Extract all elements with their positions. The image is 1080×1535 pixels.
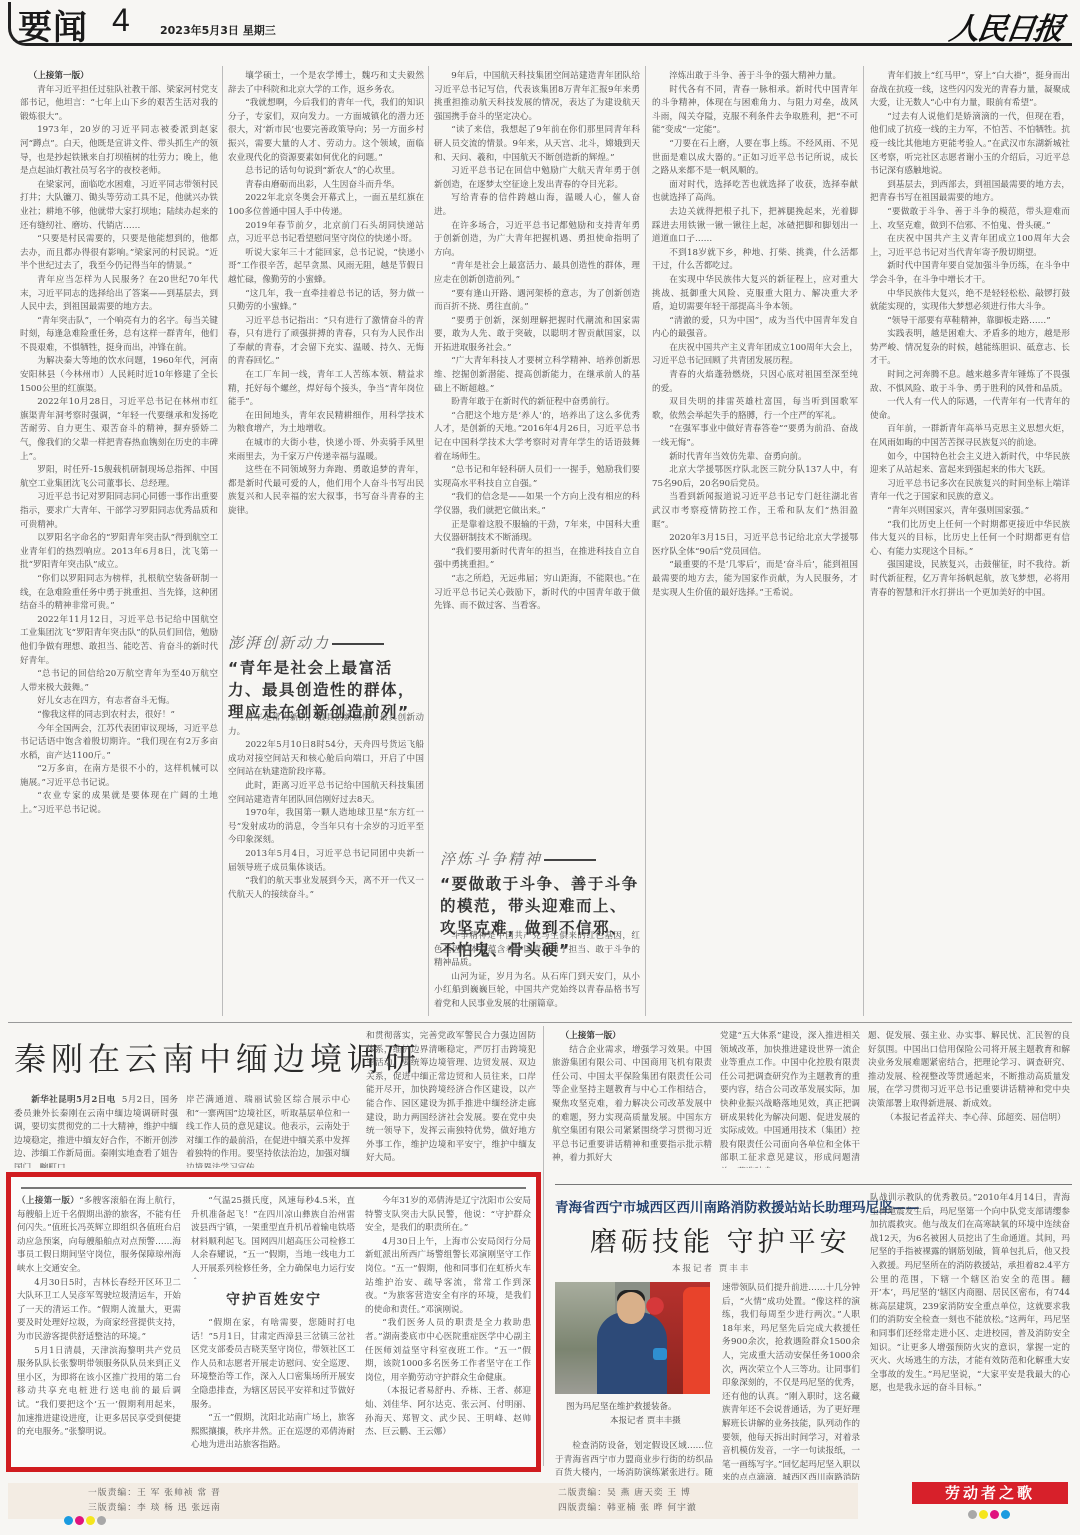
paragraph: “要勇于创新，深刻理解把握时代潮流和国家需要，敢为人先、敢于突破，以聪明才智贡献… [434, 315, 640, 356]
main-story-column-4: 淬炼出敢于斗争、善于斗争的强大精神力量。时代各有不同，青春一脉相承。新时代中国青… [652, 70, 858, 1015]
paragraph: 北京大学援鄂医疗队北医三院分队137人中，有75名90后，20名90后党员。 [652, 464, 858, 491]
registration-dot [1001, 1510, 1010, 1519]
paragraph: 青春由磨砺而出彩，人生因奋斗而升华。 [228, 179, 424, 193]
paragraph: “总书记的回信给20万航空青年为至40万航空人带来极大鼓舞。” [20, 668, 218, 695]
paragraph: 盼青年敢于在新时代的新征程中奋勇前行。 [434, 396, 640, 410]
registration-marks-left [64, 1516, 106, 1525]
paragraph: 2020年3月15日，习近平总书记给北京大学援鄂医疗队全体“90后”党员回信。 [652, 532, 858, 559]
page-number: 4 [112, 2, 130, 39]
paragraph: “2万多亩，在南方是很不小的，这样机械可以施展。”习近平总书记说。 [20, 763, 218, 790]
photo-caption: 图为玛尼坚在维护救援装备。 本报记者 贾丰丰摄 [566, 1400, 681, 1428]
registration-marks-right [968, 1510, 1010, 1519]
paragraph: 斗争精神是中国共产党与生俱来的红色基因，红色基因中本身蕴含着中国青年勇于担当、敢… [434, 930, 640, 971]
paragraph: “我们的航天事业发展到今天，离不开一代又一代航天人的接续奋斗。” [228, 875, 424, 902]
newspaper-logo: 人民日报 [947, 4, 1065, 48]
editor-credits: 一版责编：王 军 张帅祯 常 晋 三版责编：李 琰 杨 迅 张远南 二版责编：吴… [8, 1483, 858, 1519]
paragraph: 罗阳，时任歼-15舰载机研制现场总指挥、中国航空工业集团沈飞公司董事长、总经理。 [20, 464, 218, 491]
photo-detail [617, 1292, 645, 1324]
credit-line: 三版责编：李 琰 杨 迅 张远南 [88, 1501, 221, 1516]
paragraph: “我们要用新时代青年的担当，在推进科技自立自强中勇挑重担。” [434, 546, 640, 573]
paragraph: “要做敢于斗争、善于斗争的模范，带头迎难而上、攻坚克难，做到不信邪、不怕鬼、骨头… [870, 206, 1070, 233]
subhead-kicker: 淬炼斗争精神 [440, 848, 640, 869]
main-story-column-3b: 斗争精神是中国共产党与生俱来的红色基因，红色基因中本身蕴含着中国青年勇于担当、敢… [434, 930, 640, 1015]
paragraph: “这几年，我一直牵挂着总书记的话，努力做一只勤劳的小蜜蜂。” [228, 288, 424, 315]
paragraph: 习近平总书记在回信中勉励广大航天青年勇于创新创造，在逐梦太空征途上发出青春的夺目… [434, 165, 640, 192]
credits-right: 二版责编：吴 燕 唐天奕 王 博 四版责编：韩亚楠 张 晔 何宇澈 [558, 1486, 697, 1516]
column-divider [543, 1026, 544, 1466]
box-column-1: （上接第一版）“多艘客滚船在海上航行，每艘船上近千名假期出游的旅客，不能有任何闪… [17, 1195, 181, 1467]
paragraph: 在实现中华民族伟大复兴的新征程上，应对重大挑战、抵御重大风险、克服重大阻力、解决… [652, 274, 858, 315]
box-column-2b: “假期在家，有啥需要，您随时打电话！”5月1日，甘肃定西漳县三岔镇三岔社区党支部… [191, 1317, 355, 1467]
paragraph: 一代人有一代人的际遇，一代青年有一代青年的使命。 [870, 396, 1070, 423]
paragraph: 习近平总书记多次在民族复兴的时间坐标上端详青年一代之于国家和民族的意义。 [870, 478, 1070, 505]
paragraph: 百年前，一群新青年高举马克思主义思想火炬，在风雨如晦的中国苦苦探寻民族复兴的前途… [870, 423, 1070, 450]
paragraph: 在工厂车间一线，青年工人苦练本领、精益求精，托好每个螺丝，焊好每个接头，争当“青… [228, 369, 424, 410]
photo-credit: 本报记者 贾丰丰摄 [566, 1414, 681, 1428]
main-story-column-2b: 青年是常为新的，最具创新热情，最具创新动力。2022年5月10日8时54分，天舟… [228, 712, 424, 1015]
main-story-column-1: （上接第一版）青年习近平担任过驻队社教干部、梁家河村党支部书记，他坦言：“七年上… [20, 70, 218, 1015]
paragraph: （本报记者易舒冉、乔栋、王者、郝迎灿、刘佳华、阿尔达克、张云河、付明丽、孙海天、… [365, 1385, 531, 1439]
paragraph: 青年是常为新的，最具创新热情，最具创新动力。 [228, 712, 424, 739]
registration-dot [86, 1516, 95, 1525]
paragraph: 速带领队员们提升前进……十几分钟后，“火情”成功处置。“像这样的演练，我们每周至… [722, 1282, 860, 1480]
paragraph: 好儿女志在四方，有志者奋斗无悔。 [20, 695, 218, 709]
qin-gang-column-1: 新华社昆明5月2日电 5月2日，国务委员兼外长秦刚在云南中缅边境调研时强调，要切… [14, 1094, 178, 1168]
credit-line: 一版责编：王 军 张帅祯 常 晋 [88, 1486, 221, 1501]
soe-column-3: 题、促发展、强主业、办实事、解民忧、汇民智的良好氛围。中国出口信用保险公司将开展… [868, 1030, 1070, 1168]
paragraph: 为解决秦大等地的饮水问题，1960年代，河南安阳林县（今林州市）人民耗时近10年… [20, 355, 218, 396]
paragraph: “在强军事业中做好青春答卷”“要勇为前沿、奋战一线无悔”。 [652, 423, 858, 450]
paragraph: 习近平总书记指出：“只有进行了激情奋斗的青春，只有进行了顽强拼搏的青春，只有为人… [228, 315, 424, 369]
paragraph: 岸芒满通道、瑞丽试验区综合展示中心和“一寨两国”边境社区，听取基层单位和一线工作… [186, 1094, 350, 1168]
paragraph: 写给青春的信件跨越山海，温暖人心，催人奋进。 [434, 192, 640, 219]
registration-dot [990, 1510, 999, 1519]
paragraph: “农业专家的成果就是要体现在广阔的土地上。”习近平总书记说。 [20, 790, 218, 817]
paragraph: 时代各有不同，青春一脉相承。新时代中国青年的斗争精神，体现在与困难角力、与阻力对… [652, 84, 858, 138]
paragraph: 2022年北京冬奥会开幕式上，一面五星红旗在100多位普通中国人手中传递。 [228, 192, 424, 219]
section-separator [555, 1184, 1072, 1185]
qin-gang-column-3: 和贯彻落实，完善党政军警民合力强边固防体系，维护边界清晰稳定，严厉打击跨境犯罪活… [366, 1030, 536, 1168]
paragraph: 淬炼出敢于斗争、善于斗争的强大精神力量。 [652, 70, 858, 84]
paragraph: 今年全国两会，江苏代表团审议现场，习近平总书记话语中饱含着殷切期许。“我们现在有… [20, 723, 218, 764]
paragraph: “青年兴则国家兴，青年强则国家强。” [870, 505, 1070, 519]
headline-xining: 磨砺技能 守护平安 [590, 1220, 851, 1259]
continued-tag: （上接第一版） [17, 1196, 79, 1206]
paragraph: 听说大家年三十才能回家，总书记说，“快递小哥”工作很辛苦，起早贪黑、风雨无阻，越… [228, 247, 424, 288]
headline-qin-gang: 秦刚在云南中缅边境调研 [14, 1034, 421, 1080]
paragraph: 青年应当怎样为人民服务？在20世纪70年代末，习近平同志的选择给出了答案——到基… [20, 274, 218, 315]
main-story-column-2: 壤学硕士，一个是农学博士，魏巧和丈夫毅然辞去了中科院和北京大学的工作，返乡务农。… [228, 70, 424, 625]
paragraph: 4月30日5时，吉林长春经开区环卫二大队环卫工人吴彦军驾驶垃圾清运车，开始了一天… [17, 1277, 181, 1345]
box-column-3: 今年31岁的邓倩涛是辽宁沈阳市公安局特警支队突击大队民警，他说：“守护群众安全，… [365, 1195, 531, 1467]
photo-detail [683, 1287, 710, 1394]
column-divider [863, 66, 864, 1016]
registration-dot [97, 1516, 106, 1525]
paragraph: 去边关就得把根子扎下，把裤腿挽起来，光着脚踩进去用铁锹一锹一锹往上起，冰碴把脚和… [652, 206, 858, 247]
continued-tag: （上接第一版） [552, 1030, 712, 1044]
paragraph: “过去有人说他们是娇滴滴的一代，但现在看，他们成了抗疫一线的主力军，不怕苦、不怕… [870, 111, 1070, 179]
paragraph: “青年突击队”，一个响亮有力的名字。每当关键时刻，每逢急难险重任务，总有这样一群… [20, 315, 218, 356]
paragraph: 队战训示教队的优秀教员。”2010年4月14日，青海玉树地震发生后，玛尼坚第一个… [870, 1192, 1070, 1396]
paragraph: 中华民族伟大复兴，绝不是轻轻松松、敲锣打鼓就能实现的，实现伟大梦想必须进行伟大斗… [870, 288, 1070, 315]
paragraph: 到基层去，到西部去，到祖国最需要的地方去，把青春书写在祖国最需要的地方。 [870, 179, 1070, 206]
paragraph: “我们医务人员的职责是全力救助患者。”湖南娄底市中心医院重症医学中心副主任医师刘… [365, 1317, 531, 1385]
paragraph: 在城市的大街小巷，快递小哥、外卖骑手风里来雨里去，为千家万户传递幸福与温暖。 [228, 437, 424, 464]
registration-dot [64, 1516, 73, 1525]
reporters-credit: （本报记者孟祥夫、李心萍、邱超奕、屈信明） [868, 1112, 1070, 1126]
xining-column-3: 队战训示教队的优秀教员。”2010年4月14日，青海玉树地震发生后，玛尼坚第一个… [870, 1192, 1070, 1474]
paragraph: 在梁家河，面临吃水困难，习近平同志带领村民打井；大队镰刀、锄头等劳动工具不足，他… [20, 179, 218, 233]
paragraph: 5月2日，国务委员兼外长秦刚在云南中缅边境调研时强调，要切实贯彻党的二十大精神，… [14, 1095, 178, 1168]
paragraph: 强国建设，民族复兴，击鼓催征，时不我待。新时代新征程，亿万青年扬帆起航，放飞梦想… [870, 559, 1070, 600]
paragraph: 5月1日清晨，天津滨海黎明共产党员服务队队长张黎明带领服务队队员来到正义里小区，… [17, 1345, 181, 1440]
paragraph: “刀要在石上磨，人要在事上练。不经风雨、不见世面是难以成大器的。”正如习近平总书… [652, 138, 858, 179]
paragraph: “五一”假期，沈阳北站南广场上，旅客熙熙攘攘，秩序井然。正在巡逻的邓倩涛耐心地为… [191, 1412, 355, 1453]
registration-dot [968, 1510, 977, 1519]
paragraph: 双目失明的排雷英雄杜富国，每当听到国歌军歌，依然会举起失手的胳膊，行一个庄严的军… [652, 396, 858, 423]
paragraph: “要有逢山开路、遇河架桥的意志，为了创新创造而百折不挠、勇往直前。” [434, 288, 640, 315]
paragraph: “清澈的爱，只为中国”，成为当代中国青年发自内心的最强音。 [652, 315, 858, 342]
xining-column-1: 检查消防设备，划定假设区域……位于青海省西宁市力盟商业步行街的纺织品百货大楼内，… [555, 1440, 713, 1480]
paragraph: 2022年10月28日，习近平总书记在林州市红旗渠青年洞考察时强调，“年轻一代要… [20, 396, 218, 464]
continued-tag: （上接第一版） [20, 70, 218, 84]
paragraph: 新时代中国青年要自觉加强斗争历练，在斗争中学会斗争，在斗争中增长才干。 [870, 260, 1070, 287]
paragraph: 在庆祝中国共产主义青年团成立100周年大会上，习近平总书记对当代青年寄予殷切期望… [870, 233, 1070, 260]
paragraph: “读了来信，我想起了9年前在你们那里同青年科研人员交流的情景。9年来，从天宫、北… [434, 124, 640, 165]
soe-column-1: （上接第一版） 结合企业需求，增强学习效果。中国旅游集团有限公司、中国商用飞机有… [552, 1030, 712, 1168]
main-story-column-5: 青年们披上“红马甲”，穿上“白大褂”，挺身而出奋战在抗疫一线，这些闪闪发光的青春… [870, 70, 1070, 1015]
paragraph: “广大青年科技人才要树立科学精神、培养创新思维、挖掘创新潜能、提高创新能力，在继… [434, 355, 640, 396]
paragraph: 结合企业需求，增强学习效果。中国旅游集团有限公司、中国商用飞机有限责任公司、中国… [552, 1044, 712, 1166]
paragraph: 在庆祝中国共产主义青年团成立100周年大会上，习近平总书记回顾了共青团发展历程。 [652, 342, 858, 369]
news-photo[interactable] [555, 1282, 710, 1394]
subhead-kicker: 澎湃创新动力 [228, 632, 426, 653]
registration-dot [979, 1510, 988, 1519]
paragraph: 9年后，中国航天科技集团空间站建造青年团队给习近平总书记写信，代表该集团8万青年… [434, 70, 640, 124]
paragraph: 此时，距离习近平总书记给中国航天科技集团空间站建造青年团队回信刚好过去8天。 [228, 780, 424, 807]
masthead-rule [28, 43, 1072, 46]
paragraph: 这些在不同领域努力奔跑、勇敢追梦的青年，都是新时代最可爱的人，他们用个人奋斗书写… [228, 464, 424, 518]
paragraph: 1973年，20岁的习近平同志被委派到赵家河“蹲点”。白天，他既是宣讲文件、带头… [20, 124, 218, 178]
paragraph: 2022年11月12日，习近平总书记给中国航空工业集团沈飞“罗阳青年突击队”的队… [20, 614, 218, 668]
paragraph: “我们的信念是——如果一个方向上没有相应的科学仪器，我们就把它做出来。” [434, 491, 640, 518]
xining-column-2: 速带领队员们提升前进……十几分钟后，“火情”成功处置。“像这样的演练，我们每周至… [722, 1282, 860, 1480]
masthead: 要闻 4 2023年5月3日 星期三 人民日报 [0, 0, 1080, 48]
paragraph: 在许多场合，习近平总书记都勉励和支持青年勇于创新创造，为广大青年把握机遇、勇担使… [434, 220, 640, 261]
paragraph: 检查消防设备，划定假设区域……位于青海省西宁市力盟商业步行街的纺织品百货大楼内，… [555, 1440, 713, 1480]
paragraph: “我们比历史上任何一个时期都更接近中华民族伟大复兴的目标，比历史上任何一个时期都… [870, 519, 1070, 560]
paragraph: 壤学硕士，一个是农学博士，魏巧和丈夫毅然辞去了中科院和北京大学的工作，返乡务农。 [228, 70, 424, 97]
box-column-2: “气温25摄氏度，风速每秒4.5米，直升机准备起飞！”在四川凉山彝族自治州雷波县… [191, 1195, 355, 1279]
column-divider [222, 66, 223, 1016]
section-title: 要闻 [18, 0, 88, 49]
credit-line: 四版责编：韩亚楠 张 晔 何宇澈 [558, 1501, 697, 1516]
column-divider [428, 66, 429, 1016]
paragraph: 实践表明，越是困难大、矛盾多的地方，越是形势严峻、情况复杂的时候，越能练胆识、砥… [870, 328, 1070, 369]
paragraph: “像我这样的同志到农村去，很好！” [20, 709, 218, 723]
registration-dot [75, 1516, 84, 1525]
paragraph: “气温25摄氏度，风速每秒4.5米，直升机准备起飞！”在四川凉山彝族自治州雷波县… [191, 1195, 355, 1279]
paragraph: “你们以罗阳同志为榜样，扎根航空装备研制一线，在急难险重任务中勇于挑重担、当先锋… [20, 573, 218, 614]
paragraph: 新时代青年当效仿先辈、奋勇向前。 [652, 451, 858, 465]
paragraph: 2013年5月4日，习近平总书记同团中央新一届领导班子成员集体谈话。 [228, 848, 424, 875]
column-divider [645, 66, 646, 1016]
holiday-workers-box: （上接第一版）“多艘客滚船在海上航行，每艘船上近千名假期出游的旅客，不能有任何闪… [6, 1172, 541, 1472]
paragraph: 如今，中国特色社会主义进入新时代，中华民族迎来了从站起来、富起来到强起来的伟大飞… [870, 451, 1070, 478]
main-story-column-3: 9年后，中国航天科技集团空间站建造青年团队给习近平总书记写信，代表该集团8万青年… [434, 70, 640, 845]
paragraph: 1970年，我国第一颗人造地球卫星“东方红一号”发射成功的消息，令当年只有十余岁… [228, 807, 424, 848]
dateline: 新华社昆明5月2日电 [31, 1095, 115, 1105]
paragraph: 当看到新闻报道说习近平总书记专门赶往湖北省武汉市考察疫情防控工作，王希和队友们“… [652, 491, 858, 532]
paragraph: “志之所趋，无远弗届；穷山距海，不能限也。”在习近平总书记关心鼓励下，新时代的中… [434, 573, 640, 614]
caption-text: 图为玛尼坚在维护救援装备。 [566, 1400, 681, 1414]
paragraph: 4月30日上午，上海市公安局闵行分局新虹派出所西广场警组警长邓演刚坚守工作岗位。… [365, 1236, 531, 1318]
paragraph: “我就想啊，今后我们的青年一代，我们的知识分子，专家们，双向发力。一方面城镇化的… [228, 97, 424, 165]
subhead-innovation: 澎湃创新动力 “青年是社会上最富活力、最具创造性的群体，理应走在创新创造前列” [228, 632, 426, 723]
section-separator [8, 1022, 1072, 1023]
paragraph: 时间之河奔腾不息。越来越多青年锤炼了不畏强敌、不惧风险、敢于斗争、勇于胜利的风骨… [870, 369, 1070, 396]
paragraph: 不到18岁就下乡，种地、打柴、挑粪，什么活都干过，什么苦都吃过。 [652, 247, 858, 274]
issue-date: 2023年5月3日 星期三 [160, 22, 276, 38]
paragraph: 山河为证，岁月为名。从石库门到天安门，从小小红船到巍巍巨轮，中国共产党始终以青春… [434, 971, 640, 1012]
credit-line: 二版责编：吴 燕 唐天奕 王 博 [558, 1486, 697, 1501]
paragraph: 题、促发展、强主业、办实事、解民忧、汇民智的良好氛围。中国出口信用保险公司将开展… [868, 1030, 1070, 1112]
paragraph: 青年习近平担任过驻队社教干部、梁家河村党支部书记，他坦言：“七年上山下乡的艰苦生… [20, 84, 218, 125]
paragraph: 2019年春节前夕，北京前门石头胡同快递站点，习近平总书记看望慰问坚守岗位的快递… [228, 220, 424, 247]
box-subhead: 守护百姓安宁 [226, 1289, 322, 1309]
paragraph: 面对时代，选择吃苦也就选择了收获，选择奉献也就选择了高尚。 [652, 179, 858, 206]
paragraph: 以罗阳名字命名的“罗阳青年突击队”得到航空工业青年们的热烈响应。2013年6月8… [20, 532, 218, 573]
paragraph: “合肥这个地方是‘养人’的，培养出了这么多优秀人才，是创新的天地。”2016年4… [434, 410, 640, 464]
column-badge-labor-song: 劳动者之歌 [912, 1482, 1068, 1504]
photo-detail [653, 1348, 667, 1360]
paragraph: 习近平总书记对罗阳同志同心同德一事作出重要指示，要求广大青年、干部学习罗阳同志优… [20, 491, 218, 532]
paragraph: 青年们披上“红马甲”，穿上“白大褂”，挺身而出奋战在抗疫一线，这些闪闪发光的青春… [870, 70, 1070, 111]
paragraph: “最重要的不是‘几零后’，而是‘奋斗后’，能到祖国最需要的地方去，能为国家作贡献… [652, 559, 858, 600]
paragraph: 在田间地头，青年农民精耕细作，用科学技术为粮食增产，为土地增收。 [228, 410, 424, 437]
paragraph: 今年31岁的邓倩涛是辽宁沈阳市公安局特警支队突击大队民警，他说：“守护群众安全，… [365, 1195, 531, 1236]
paragraph: 2022年5月10日8时54分，天舟四号货运飞船成功对接空间站天和核心舱后向端口… [228, 739, 424, 780]
paragraph: “假期在家，有啥需要，您随时打电话！”5月1日，甘肃定西漳县三岔镇三岔社区党支部… [191, 1317, 355, 1412]
story-kicker: 青海省西宁市城西区西川南路消防救援站站长助理玛尼坚—— [555, 1196, 920, 1216]
box-top-rule [21, 1187, 526, 1189]
paragraph: 青春的火焰蓬勃燃烧，只因心底对祖国至深至纯的爱。 [652, 369, 858, 396]
paragraph: “总书记和年轻科研人员们一一握手，勉励我们要实现高水平科技自立自强。” [434, 464, 640, 491]
paragraph: “青年是社会上最富活力、最具创造性的群体，理应走在创新创造前列。” [434, 260, 640, 287]
paragraph: 党建“五大体系”建设，深入推进相关领域改革，加快推进建设世界一流企业等重点工作。… [720, 1030, 860, 1168]
qin-gang-column-2: 岸芒满通道、瑞丽试验区综合展示中心和“一寨两国”边境社区，听取基层单位和一线工作… [186, 1094, 350, 1168]
paragraph: “领导干部要有草鞋精神，靠脚板走路……” [870, 315, 1070, 329]
paragraph: 和贯彻落实，完善党政军警民合力强边固防体系，维护边界清晰稳定，严厉打击跨境犯罪活… [366, 1030, 536, 1166]
credits-left: 一版责编：王 军 张帅祯 常 晋 三版责编：李 琰 杨 迅 张远南 [88, 1486, 221, 1516]
paragraph: 正是靠着这股不服输的干劲，7年来，中国科大重大仪器研制技术不断涌现。 [434, 519, 640, 546]
paragraph: “只要是村民需要的，只要是他能想到的，他都去办，而且都办得很有影响。”梁家河的村… [20, 233, 218, 274]
byline: 本报记者 贾丰丰 [672, 1262, 750, 1274]
paragraph: 总书记的话句句说到“新农人”的心坎里。 [228, 165, 424, 179]
paragraph: （上接第一版）“多艘客滚船在海上航行，每艘船上近千名假期出游的旅客，不能有任何闪… [17, 1195, 181, 1277]
soe-column-2: 党建“五大体系”建设，深入推进相关领域改革，加快推进建设世界一流企业等重点工作。… [720, 1030, 860, 1168]
